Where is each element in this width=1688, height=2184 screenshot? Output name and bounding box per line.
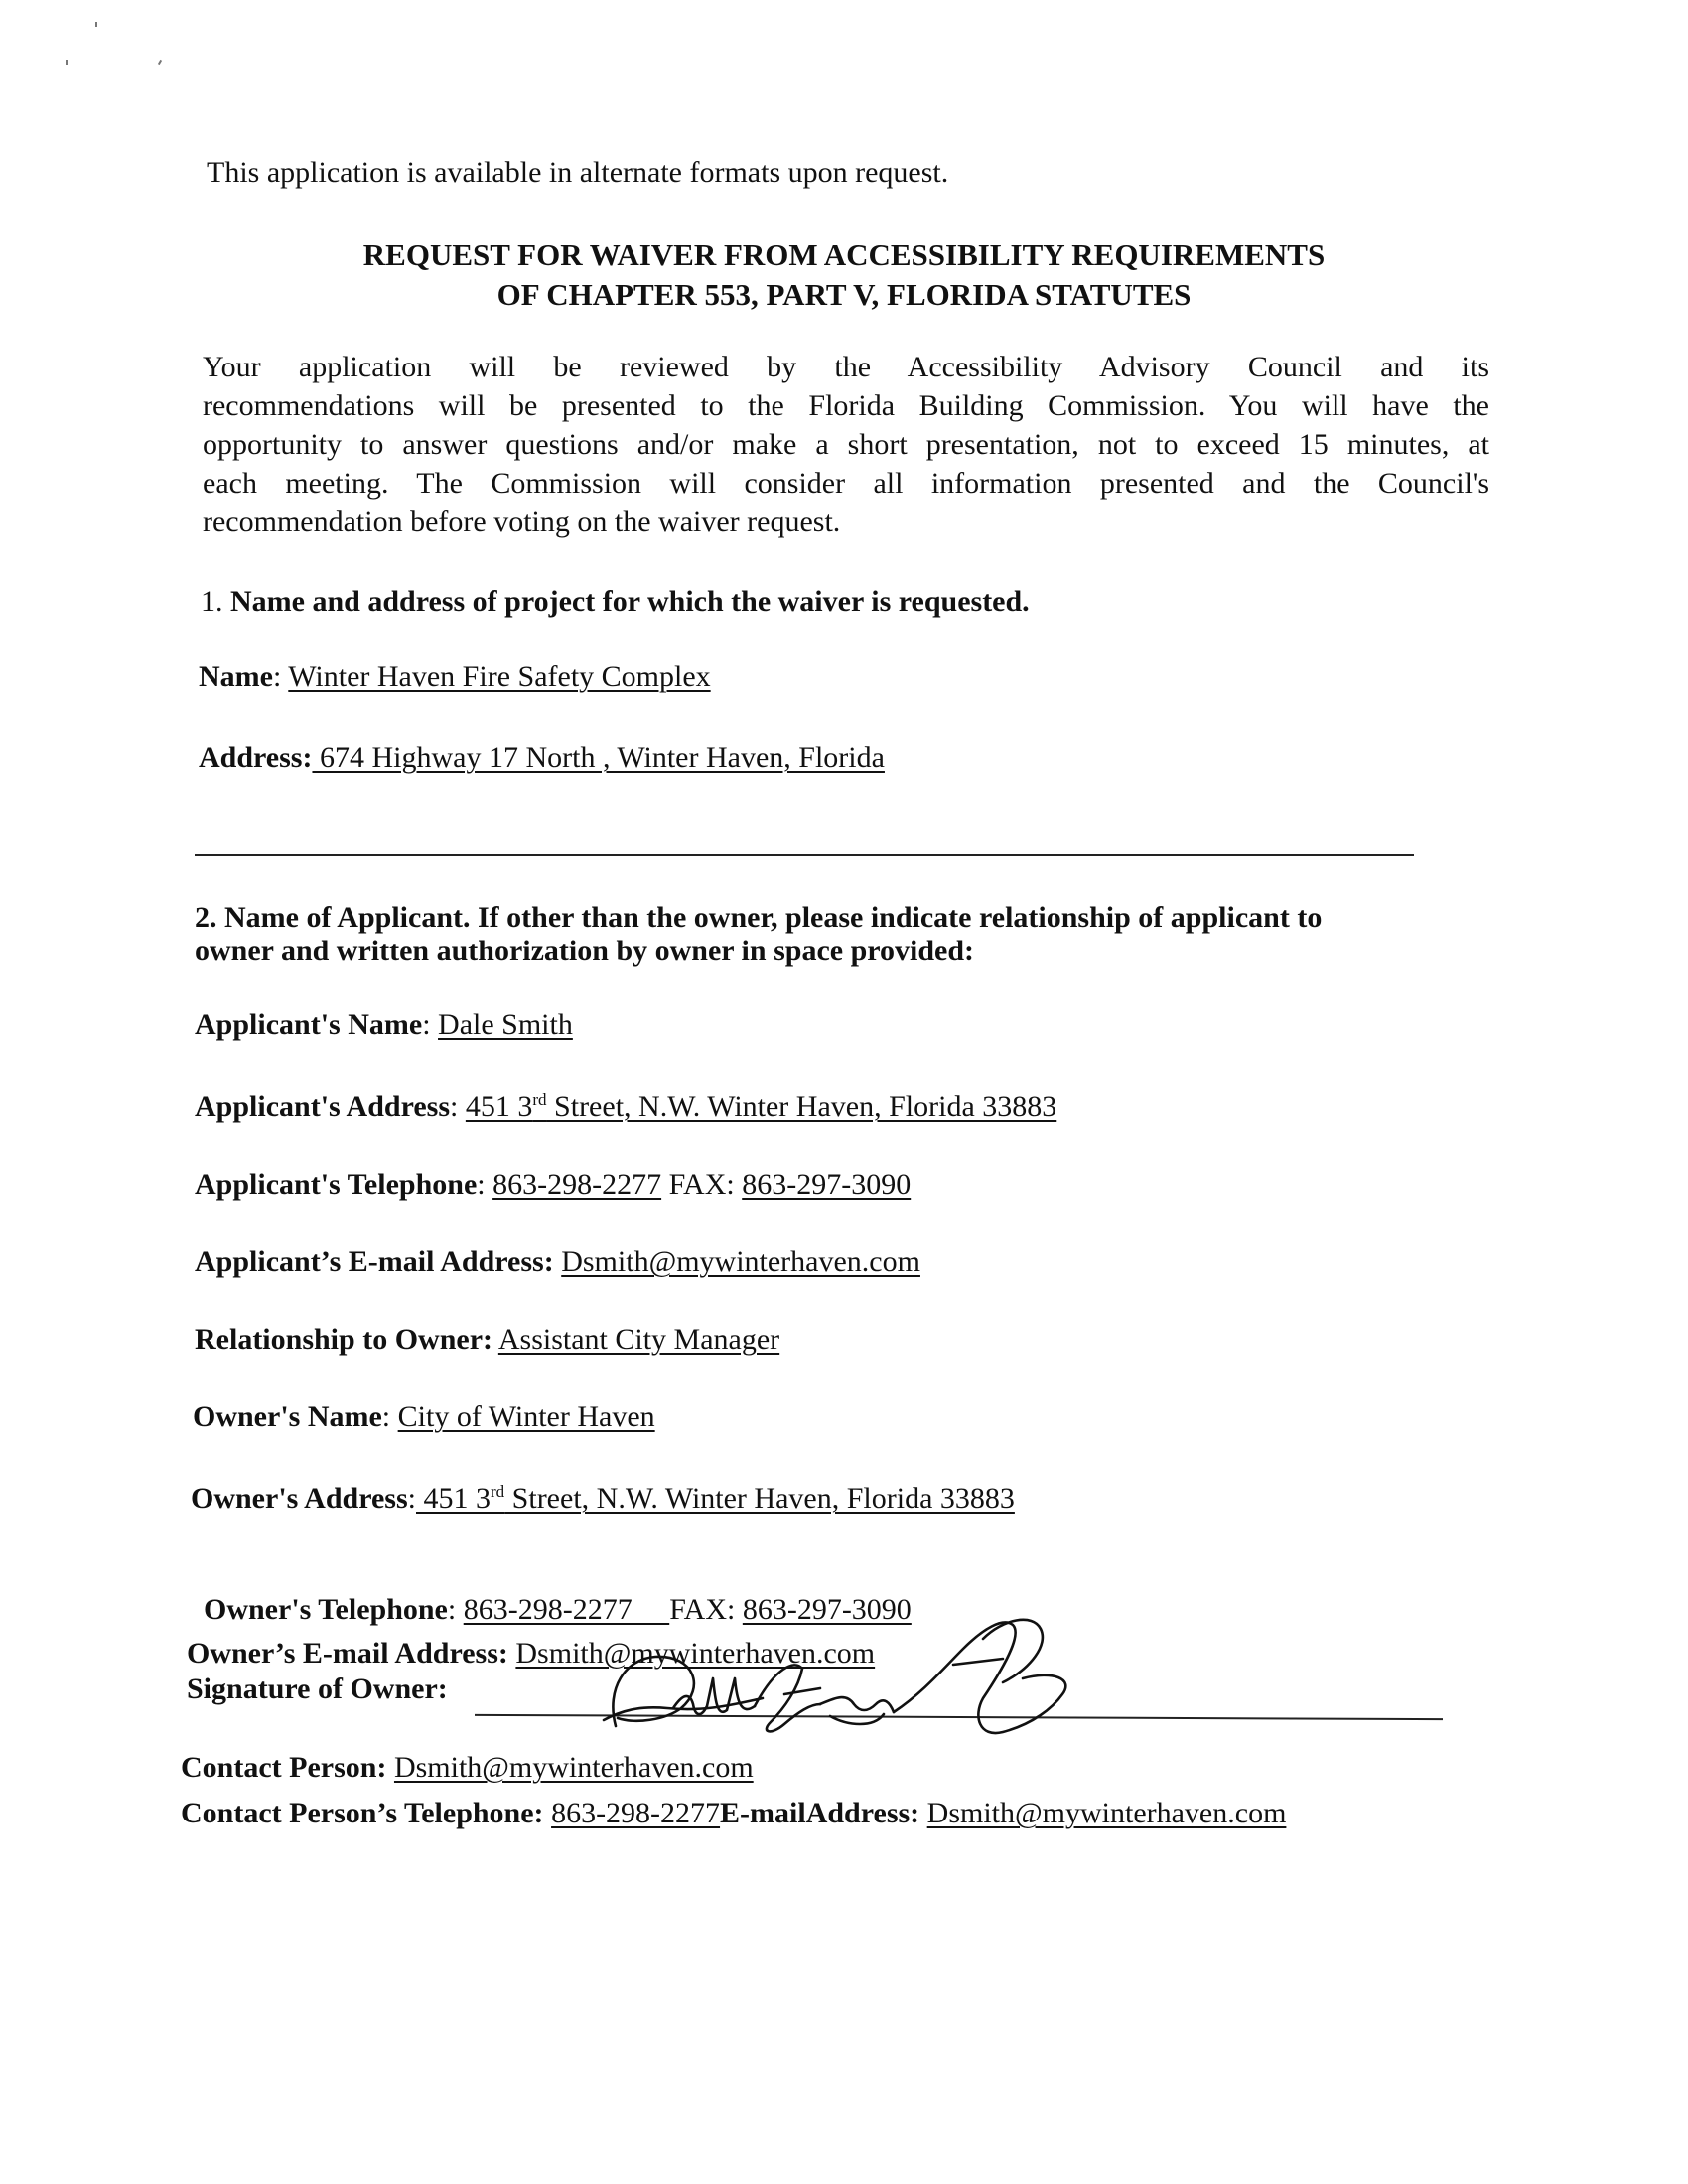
relationship-field: Relationship to Owner: Assistant City Ma…: [195, 1322, 779, 1358]
owner-address-label: Owner's Address: [191, 1482, 408, 1515]
applicant-telephone-value[interactable]: 863-298-2277: [492, 1168, 661, 1201]
applicant-fax-label: FAX:: [669, 1168, 735, 1201]
section-2-heading-line-2: owner and written authorization by owner…: [195, 934, 974, 969]
contact-person-field: Contact Person: Dsmith@mywinterhaven.com: [181, 1750, 754, 1786]
scan-speck: [66, 60, 68, 65]
contact-telephone-label: Contact Person’s Telephone:: [181, 1797, 544, 1829]
alternate-formats-notice: This application is available in alterna…: [207, 155, 948, 191]
project-address-value[interactable]: 674 Highway 17 North , Winter Haven, Flo…: [312, 741, 884, 774]
applicant-address-value[interactable]: 451 3rd Street, N.W. Winter Haven, Flori…: [466, 1091, 1056, 1123]
colon: :: [273, 660, 281, 693]
applicant-email-label: Applicant’s E-mail Address:: [195, 1245, 554, 1278]
project-name-field: Name: Winter Haven Fire Safety Complex: [199, 659, 711, 695]
applicant-email-field: Applicant’s E-mail Address: Dsmith@mywin…: [195, 1244, 920, 1280]
intro-line: Your application will be reviewed by the…: [203, 348, 1489, 386]
applicant-email-value[interactable]: Dsmith@mywinterhaven.com: [561, 1245, 920, 1278]
relationship-value[interactable]: Assistant City Manager: [498, 1323, 779, 1356]
intro-line: recommendation before voting on the waiv…: [203, 503, 1489, 541]
contact-email-value[interactable]: Dsmith@mywinterhaven.com: [927, 1797, 1287, 1829]
signature-label: Signature of Owner:: [187, 1672, 448, 1707]
applicant-telephone-field: Applicant's Telephone: 863-298-2277 FAX:…: [195, 1167, 911, 1203]
section-1-heading-text: Name and address of project for which th…: [230, 585, 1030, 618]
applicant-fax-value[interactable]: 863-297-3090: [742, 1168, 911, 1201]
project-name-value[interactable]: Winter Haven Fire Safety Complex: [288, 660, 710, 693]
project-address-blank-line: [195, 854, 1414, 856]
colon: :: [477, 1168, 485, 1201]
section-1-heading: 1. Name and address of project for which…: [201, 584, 1030, 620]
applicant-name-label: Applicant's Name: [195, 1008, 422, 1041]
colon: :: [408, 1482, 416, 1515]
intro-line: recommendations will be presented to the…: [203, 386, 1489, 425]
colon: :: [382, 1400, 390, 1433]
intro-line: each meeting. The Commission will consid…: [203, 464, 1489, 503]
owner-email-label: Owner’s E-mail Address:: [187, 1637, 508, 1670]
contact-telephone-field: Contact Person’s Telephone: 863-298-2277…: [181, 1796, 1286, 1831]
relationship-label: Relationship to Owner:: [195, 1323, 492, 1356]
owner-name-value[interactable]: City of Winter Haven: [398, 1400, 655, 1433]
applicant-address-label: Applicant's Address: [195, 1091, 450, 1123]
page-title-line-1: REQUEST FOR WAIVER FROM ACCESSIBILITY RE…: [0, 236, 1688, 274]
section-1-number: 1.: [201, 585, 223, 618]
owner-telephone-label: Owner's Telephone: [204, 1593, 448, 1626]
colon: :: [448, 1593, 456, 1626]
owner-signature-icon: [586, 1609, 1102, 1748]
contact-telephone-value[interactable]: 863-298-2277: [551, 1797, 720, 1829]
owner-address-field: Owner's Address: 451 3rd Street, N.W. Wi…: [191, 1481, 1015, 1517]
owner-name-field: Owner's Name: City of Winter Haven: [193, 1399, 655, 1435]
intro-line: opportunity to answer questions and/or m…: [203, 425, 1489, 464]
scan-speck: [95, 22, 97, 27]
contact-email-label: E-mailAddress:: [720, 1797, 919, 1829]
project-address-field: Address: 674 Highway 17 North , Winter H…: [199, 740, 885, 776]
project-name-label: Name: [199, 660, 273, 693]
applicant-name-field: Applicant's Name: Dale Smith: [195, 1007, 573, 1043]
colon: :: [422, 1008, 430, 1041]
owner-address-value[interactable]: 451 3rd Street, N.W. Winter Haven, Flori…: [416, 1482, 1015, 1515]
contact-person-value[interactable]: Dsmith@mywinterhaven.com: [394, 1751, 754, 1784]
applicant-telephone-label: Applicant's Telephone: [195, 1168, 477, 1201]
page-title-line-2: OF CHAPTER 553, PART V, FLORIDA STATUTES: [0, 276, 1688, 314]
section-2-heading-line-1: 2. Name of Applicant. If other than the …: [195, 900, 1322, 936]
intro-paragraph: Your application will be reviewed by the…: [203, 348, 1489, 541]
scan-speck: [158, 60, 162, 65]
applicant-name-value[interactable]: Dale Smith: [438, 1008, 573, 1041]
project-address-label: Address:: [199, 741, 312, 774]
colon: :: [450, 1091, 458, 1123]
owner-name-label: Owner's Name: [193, 1400, 382, 1433]
contact-person-label: Contact Person:: [181, 1751, 386, 1784]
applicant-address-field: Applicant's Address: 451 3rd Street, N.W…: [195, 1090, 1056, 1125]
